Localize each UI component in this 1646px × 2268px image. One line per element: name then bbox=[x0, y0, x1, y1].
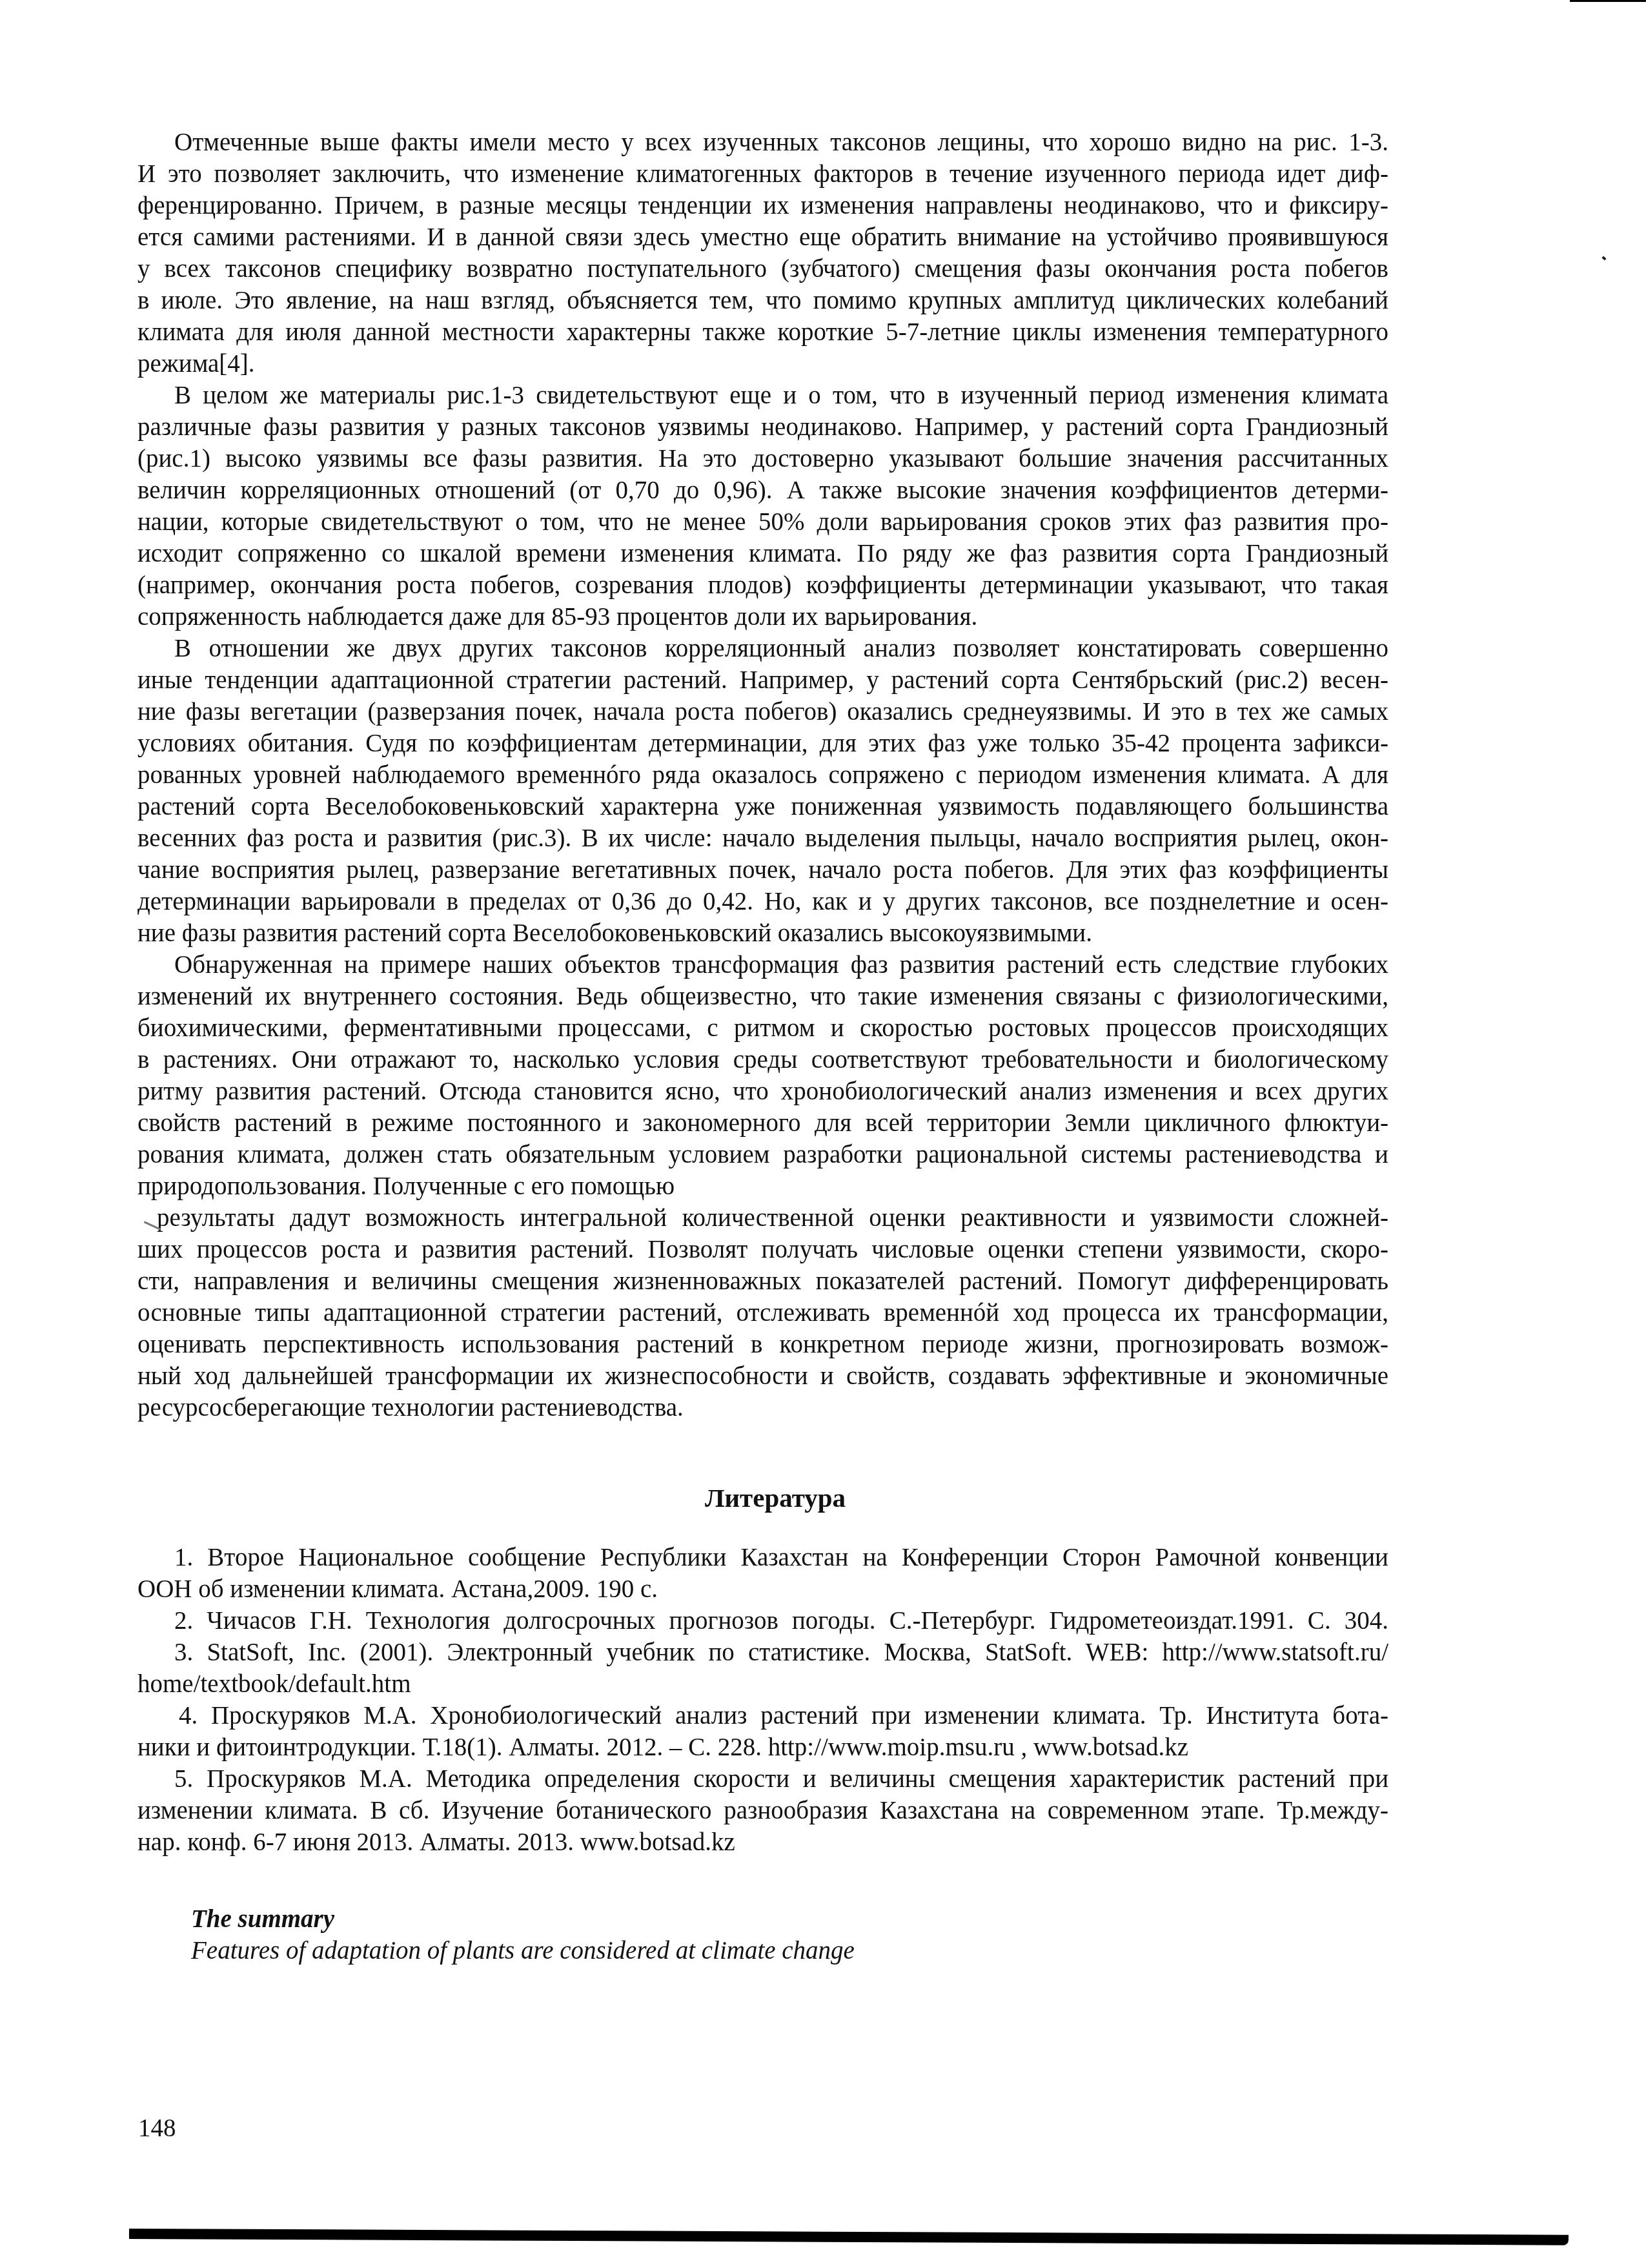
references-list: 1. Второе Национальное сообщение Республ… bbox=[137, 1542, 1388, 1858]
text-line: home/textbook/default.htm bbox=[137, 1668, 1388, 1700]
references-heading-text: Литература bbox=[705, 1483, 846, 1513]
text-line: 2. Чичасов Г.Н. Технология долгосрочных … bbox=[137, 1605, 1388, 1637]
text-line: ритму развития растений. Отсюда становит… bbox=[137, 1076, 1388, 1107]
text-line: величин корреляционных отношений (от 0,7… bbox=[137, 475, 1388, 506]
text-line: ние фазы развития растений сорта Веселоб… bbox=[137, 917, 1388, 949]
text-line: свойств растений в режиме постоянного и … bbox=[137, 1107, 1388, 1139]
text-line: у всех таксонов специфику возвратно пост… bbox=[137, 253, 1388, 285]
footer-rule bbox=[129, 2229, 1569, 2245]
text-line: нар. конф. 6-7 июня 2013. Алматы. 2013. … bbox=[137, 1826, 1388, 1858]
text-line: ный ход дальнейшей трансформации их жизн… bbox=[137, 1360, 1388, 1392]
reference-item-2: 2. Чичасов Г.Н. Технология долгосрочных … bbox=[137, 1605, 1388, 1637]
scan-speck bbox=[1601, 256, 1606, 261]
text-line: различные фазы развития у разных таксоно… bbox=[137, 411, 1388, 443]
reference-item-1: 1. Второе Национальное сообщение Республ… bbox=[137, 1542, 1388, 1605]
paragraph-5: результаты дадут возможность интегрально… bbox=[137, 1202, 1388, 1424]
text-line: в растениях. Они отражают то, насколько … bbox=[137, 1044, 1388, 1076]
text-line: исходит сопряженно со шкалой времени изм… bbox=[137, 538, 1388, 569]
text-line: чание восприятия рылец, разверзание веге… bbox=[137, 854, 1388, 886]
text-line: В целом же материалы рис.1-3 свидетельст… bbox=[137, 380, 1388, 411]
text-line: (например, окончания роста побегов, созр… bbox=[137, 569, 1388, 601]
text-line: 1. Второе Национальное сообщение Республ… bbox=[137, 1542, 1388, 1573]
text-line: (рис.1) высоко уязвимы все фазы развития… bbox=[137, 443, 1388, 475]
text-line: ших процессов роста и развития растений.… bbox=[137, 1234, 1388, 1265]
text-line: ООН об изменении климата. Астана,2009. 1… bbox=[137, 1573, 1388, 1605]
reference-item-3: 3. StatSoft, Inc. (2001). Электронный уч… bbox=[137, 1637, 1388, 1700]
text-line: ференцированно. Причем, в разные месяцы … bbox=[137, 190, 1388, 221]
text-line: ники и фитоинтродукции. Т.18(1). Алматы.… bbox=[137, 1732, 1388, 1763]
scan-edge-mark bbox=[1570, 0, 1646, 2]
text-line: результаты дадут возможность интегрально… bbox=[137, 1202, 1388, 1234]
references-heading: Литература bbox=[0, 1482, 1646, 1514]
text-line: сти, направления и величины смещения жиз… bbox=[137, 1265, 1388, 1297]
summary-text: Features of adaptation of plants are con… bbox=[191, 1937, 855, 1965]
text-line: ресурсосберегающие технологии растениево… bbox=[137, 1392, 1388, 1424]
text-line: изменений их внутреннего состояния. Ведь… bbox=[137, 981, 1388, 1012]
paragraph-1: Отмеченные выше факты имели место у всех… bbox=[137, 127, 1388, 380]
text-line: изменении климата. В сб. Изучение ботани… bbox=[137, 1795, 1388, 1826]
text-line: в июле. Это явление, на наш взгляд, объя… bbox=[137, 285, 1388, 316]
page-number: 148 bbox=[138, 2112, 176, 2144]
text-line: режима[4]. bbox=[137, 348, 1388, 380]
text-line: В отношении же двух других таксонов корр… bbox=[137, 633, 1388, 664]
text-line: 3. StatSoft, Inc. (2001). Электронный уч… bbox=[137, 1637, 1388, 1668]
text-line: ется самими растениями. И в данной связи… bbox=[137, 221, 1388, 253]
text-line: оценивать перспективность использования … bbox=[137, 1329, 1388, 1360]
text-line: рования климата, должен стать обязательн… bbox=[137, 1139, 1388, 1170]
text-line: ние фазы вегетации (разверзания почек, н… bbox=[137, 696, 1388, 728]
summary-title: The summary bbox=[191, 1903, 855, 1935]
text-line: растений сорта Веселобоковеньковский хар… bbox=[137, 791, 1388, 822]
text-line: климата для июля данной местности характ… bbox=[137, 316, 1388, 348]
text-line: весенних фаз роста и развития (рис.3). В… bbox=[137, 822, 1388, 854]
summary-block: The summary Features of adaptation of pl… bbox=[191, 1903, 855, 1967]
text-line: природопользования. Полученные с его пом… bbox=[137, 1170, 1388, 1202]
text-line: детерминации варьировали в пределах от 0… bbox=[137, 886, 1388, 917]
text-line: 4. Проскуряков М.А. Хронобиологический а… bbox=[137, 1700, 1388, 1732]
text-line: основные типы адаптационной стратегии ра… bbox=[137, 1297, 1388, 1329]
paragraph-2: В целом же материалы рис.1-3 свидетельст… bbox=[137, 380, 1388, 633]
body-text: Отмеченные выше факты имели место у всех… bbox=[137, 127, 1388, 1424]
text-line: 5. Проскуряков М.А. Методика определения… bbox=[137, 1763, 1388, 1795]
reference-item-4: 4. Проскуряков М.А. Хронобиологический а… bbox=[137, 1700, 1388, 1763]
text-line: условиях обитания. Судя по коэффициентам… bbox=[137, 728, 1388, 759]
text-line: нации, которые свидетельствуют о том, чт… bbox=[137, 506, 1388, 538]
reference-item-5: 5. Проскуряков М.А. Методика определения… bbox=[137, 1763, 1388, 1858]
paragraph-3: В отношении же двух других таксонов корр… bbox=[137, 633, 1388, 949]
text-line: сопряженность наблюдается даже для 85-93… bbox=[137, 601, 1388, 633]
text-line: Отмеченные выше факты имели место у всех… bbox=[137, 127, 1388, 158]
text-line: иные тенденции адаптационной стратегии р… bbox=[137, 664, 1388, 696]
text-line: И это позволяет заключить, что изменение… bbox=[137, 158, 1388, 190]
document-page: Отмеченные выше факты имели место у всех… bbox=[0, 0, 1646, 2268]
paragraph-4: Обнаруженная на примере наших объектов т… bbox=[137, 949, 1388, 1202]
text-line: биохимическими, ферментативными процесса… bbox=[137, 1012, 1388, 1044]
text-line: Обнаруженная на примере наших объектов т… bbox=[137, 949, 1388, 981]
text-line: рованных уровней наблюдаемого временнóго… bbox=[137, 759, 1388, 791]
